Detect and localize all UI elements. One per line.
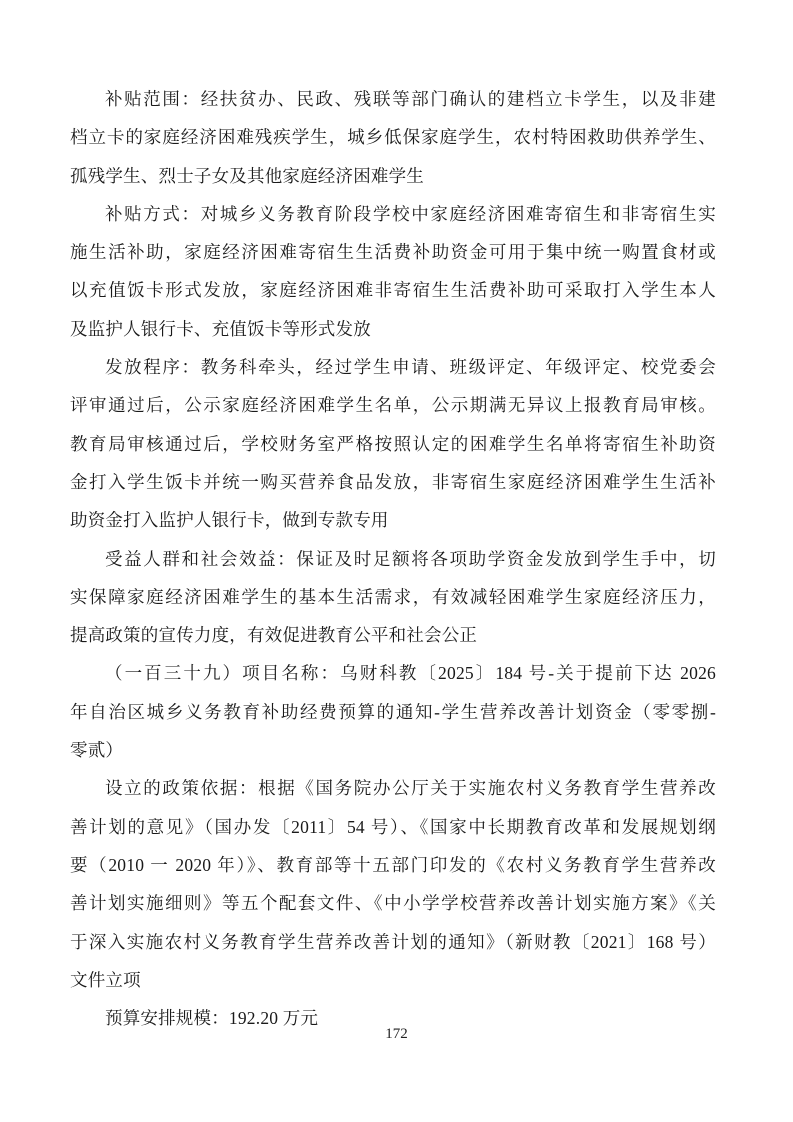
text-line: 评审通过后，公示家庭经济困难学生名单，公示期满无异议上报教育局审核。 (70, 386, 716, 424)
text-line: 零贰） (70, 731, 716, 769)
page-number: 172 (0, 1024, 793, 1044)
text-line: （一百三十九）项目名称：乌财科教〔2025〕184 号-关于提前下达 2026 (70, 654, 716, 692)
text-line: 金打入学生饭卡并统一购买营养食品发放，非寄宿生家庭经济困难学生生活补 (70, 463, 716, 501)
paragraph-beneficiaries-social-benefit: 受益人群和社会效益：保证及时足额将各项助学资金发放到学生手中，切实保障家庭经济困… (70, 540, 716, 655)
text-line: 孤残学生、烈士子女及其他家庭经济困难学生 (70, 157, 716, 195)
text-line: 受益人群和社会效益：保证及时足额将各项助学资金发放到学生手中，切 (70, 540, 716, 578)
paragraph-project-name-139: （一百三十九）项目名称：乌财科教〔2025〕184 号-关于提前下达 2026年… (70, 654, 716, 769)
paragraph-distribution-procedure: 发放程序：教务科牵头，经过学生申请、班级评定、年级评定、校党委会评审通过后，公示… (70, 348, 716, 539)
document-body: 补贴范围：经扶贫办、民政、残联等部门确认的建档立卡学生，以及非建档立卡的家庭经济… (70, 80, 716, 1037)
paragraph-subsidy-method: 补贴方式：对城乡义务教育阶段学校中家庭经济困难寄宿生和非寄宿生实施生活补助，家庭… (70, 195, 716, 348)
document-page: 补贴范围：经扶贫办、民政、残联等部门确认的建档立卡学生，以及非建档立卡的家庭经济… (0, 0, 793, 1122)
text-line: 善计划的意见》（国办发〔2011〕54 号）、《国家中长期教育改革和发展规划纲 (70, 808, 716, 846)
text-line: 施生活补助，家庭经济困难寄宿生生活费补助资金可用于集中统一购置食材或 (70, 233, 716, 271)
paragraph-policy-basis: 设立的政策依据：根据《国务院办公厅关于实施农村义务教育学生营养改善计划的意见》（… (70, 769, 716, 999)
text-line: 实保障家庭经济困难学生的基本生活需求，有效减轻困难学生家庭经济压力， (70, 578, 716, 616)
text-line: 发放程序：教务科牵头，经过学生申请、班级评定、年级评定、校党委会 (70, 348, 716, 386)
text-line: 教育局审核通过后，学校财务室严格按照认定的困难学生名单将寄宿生补助资 (70, 425, 716, 463)
text-line: 以充值饭卡形式发放，家庭经济困难非寄宿生生活费补助可采取打入学生本人 (70, 271, 716, 309)
text-line: 补贴方式：对城乡义务教育阶段学校中家庭经济困难寄宿生和非寄宿生实 (70, 195, 716, 233)
text-line: 助资金打入监护人银行卡，做到专款专用 (70, 501, 716, 539)
text-line: 档立卡的家庭经济困难残疾学生，城乡低保家庭学生，农村特困救助供养学生、 (70, 118, 716, 156)
text-line: 设立的政策依据：根据《国务院办公厅关于实施农村义务教育学生营养改 (70, 769, 716, 807)
text-line: 及监护人银行卡、充值饭卡等形式发放 (70, 310, 716, 348)
text-line: 要（2010 一 2020 年）》、教育部等十五部门印发的《农村义务教育学生营养… (70, 846, 716, 884)
text-line: 文件立项 (70, 961, 716, 999)
paragraph-subsidy-scope: 补贴范围：经扶贫办、民政、残联等部门确认的建档立卡学生，以及非建档立卡的家庭经济… (70, 80, 716, 195)
text-line: 年自治区城乡义务教育补助经费预算的通知-学生营养改善计划资金（零零捌- (70, 693, 716, 731)
text-line: 于深入实施农村义务教育学生营养改善计划的通知》（新财教〔2021〕168 号） (70, 923, 716, 961)
text-line: 补贴范围：经扶贫办、民政、残联等部门确认的建档立卡学生，以及非建 (70, 80, 716, 118)
text-line: 善计划实施细则》等五个配套文件、《中小学学校营养改善计划实施方案》《关 (70, 884, 716, 922)
text-line: 提高政策的宣传力度，有效促进教育公平和社会公正 (70, 616, 716, 654)
